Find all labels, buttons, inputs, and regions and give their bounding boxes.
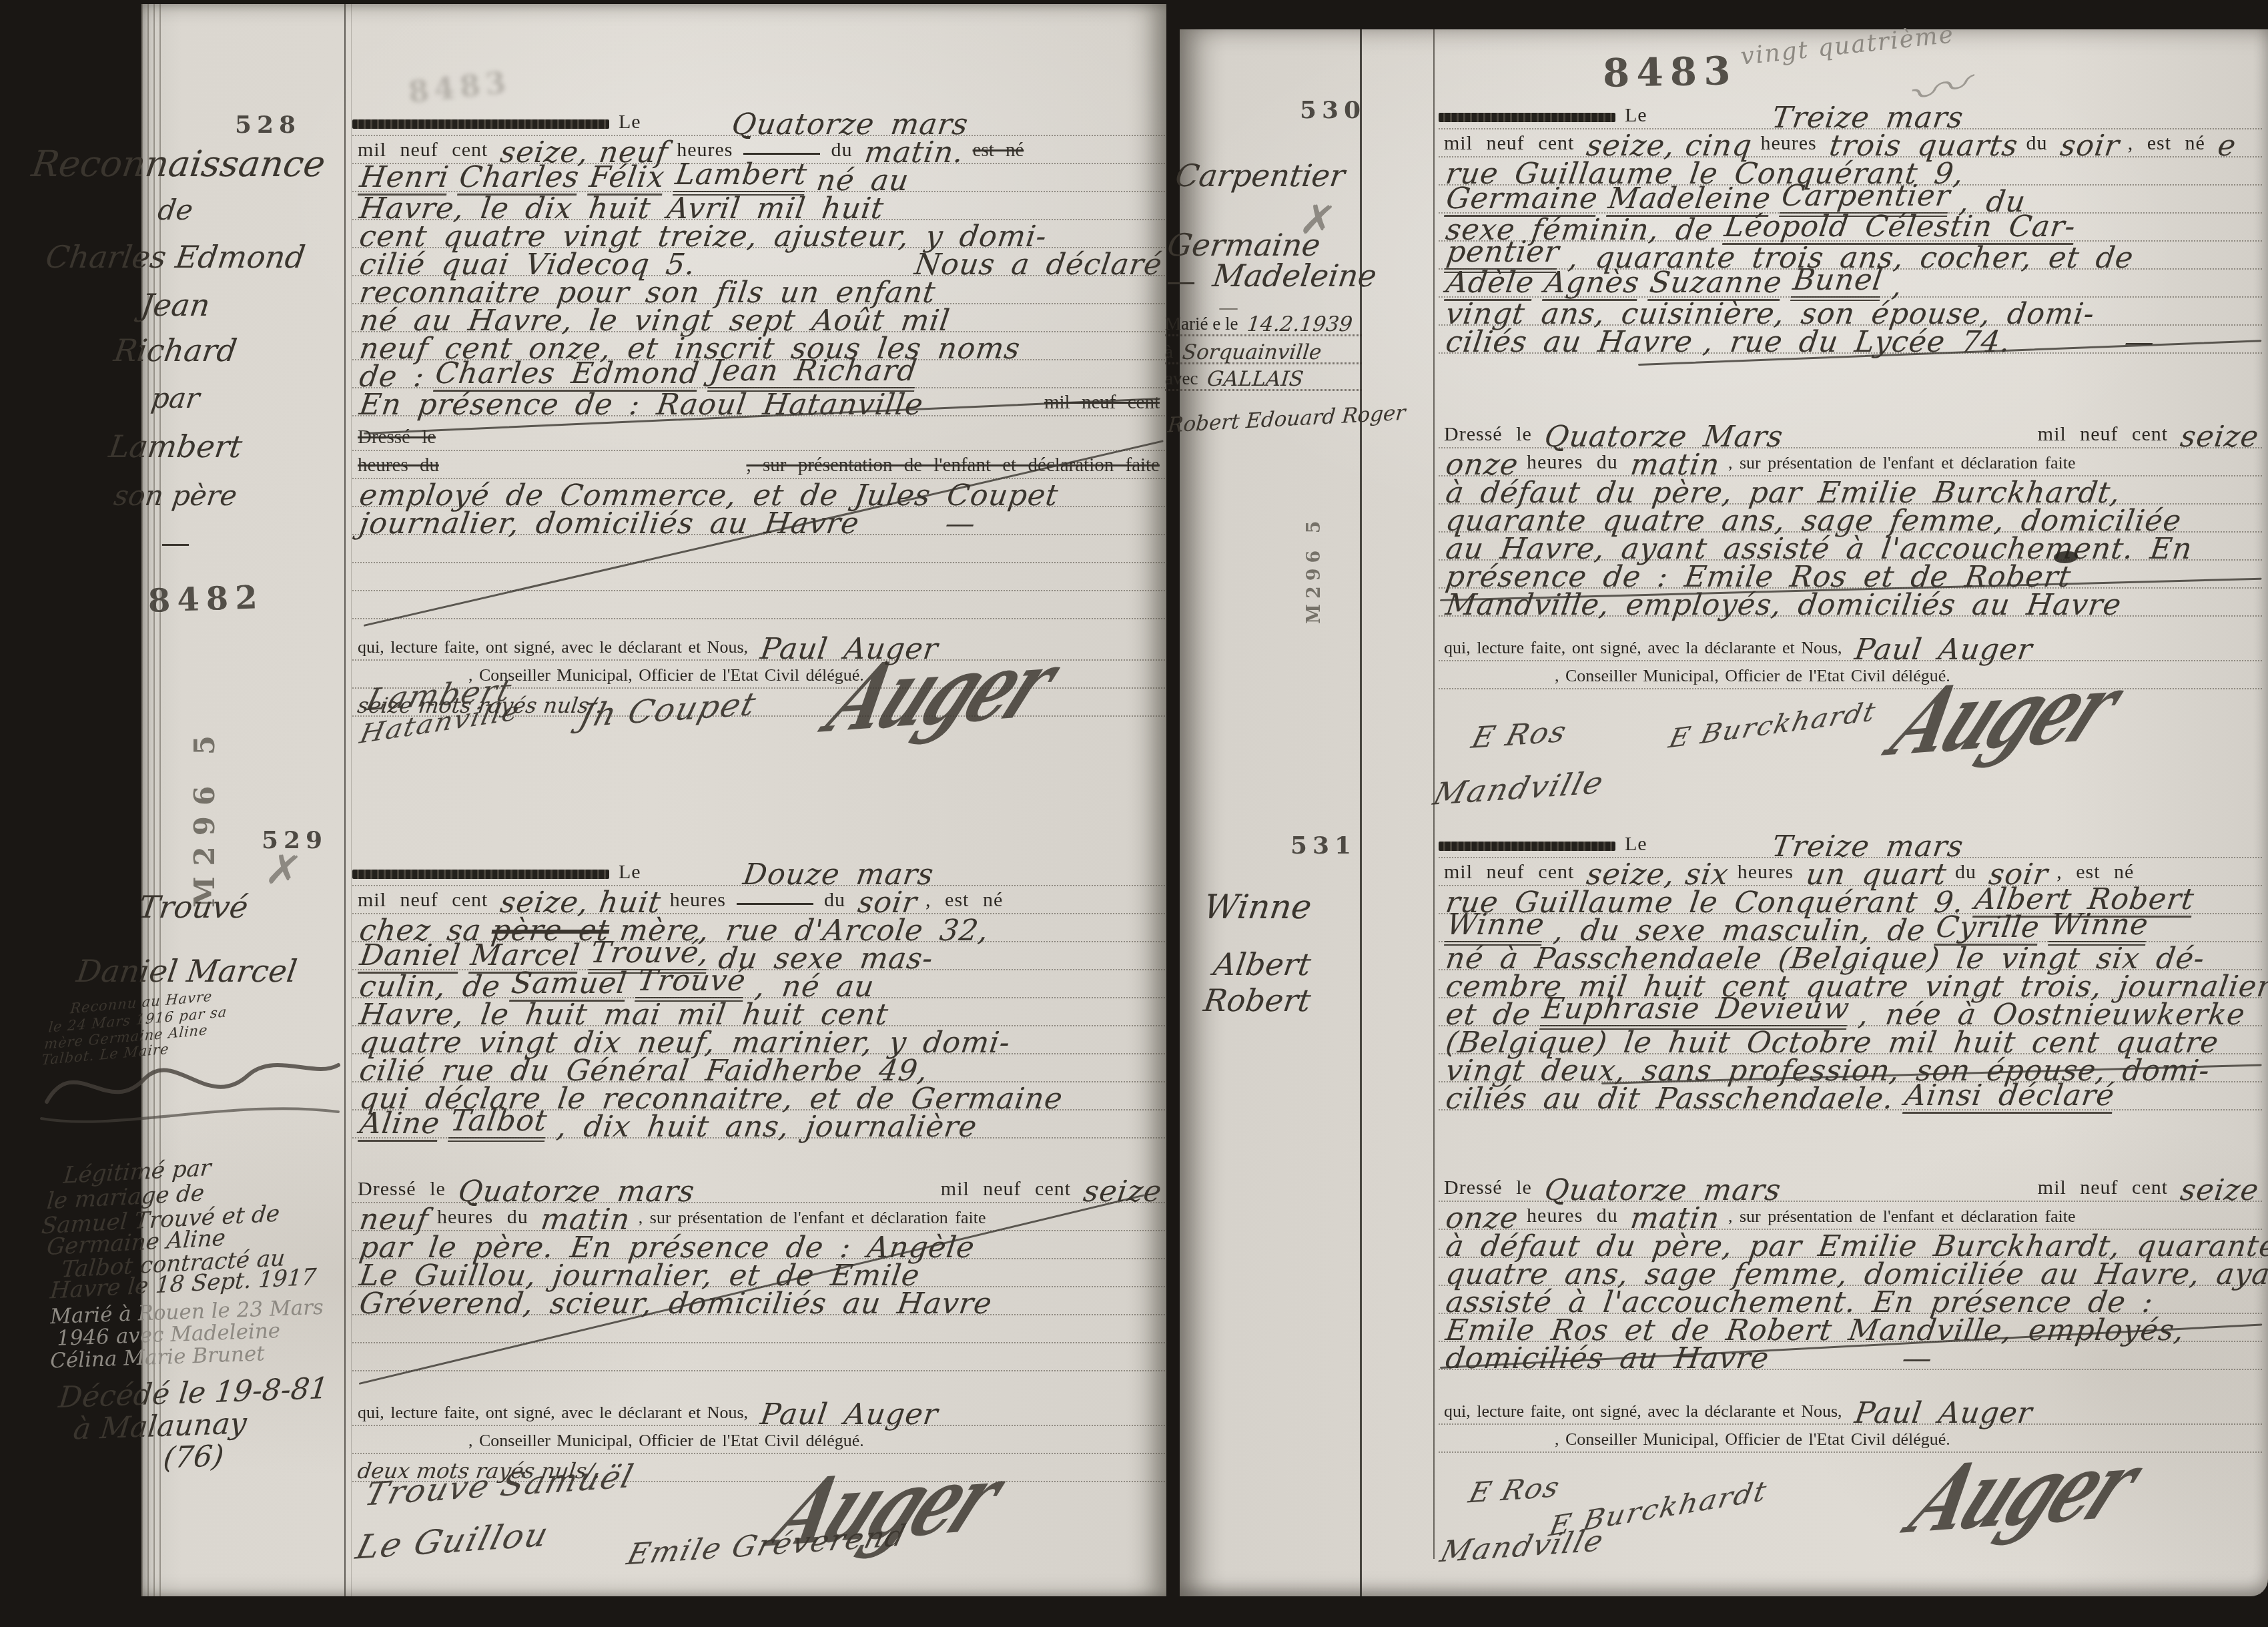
register-form-line: heures du, sur présentation de l'enfant … [352, 451, 1165, 479]
printed-text: , sur présentation de l'enfant et déclar… [639, 1208, 986, 1228]
handwriting-underlined: Bunel [1790, 266, 1885, 301]
printed-text: Le [1625, 833, 1647, 856]
handwriting: Mandville, employés, domiciliés au Havre [1444, 591, 2123, 620]
register-form-line: Emile Ros et de Robert Mandville, employ… [1439, 1314, 2262, 1342]
handwriting-underlined: Winne [1444, 910, 1547, 946]
form-start-bar [1439, 113, 1615, 122]
signature: E Ros [1465, 1470, 1564, 1509]
register-form-line: employé de Commerce, et de Jules Coupet [352, 479, 1165, 507]
printed-text: , est né [2128, 132, 2205, 155]
register-form-line: reconnaitre pour son fils un enfant [352, 276, 1165, 304]
handwriting-underlined: Félix [587, 163, 667, 196]
handwriting-underlined: Talbot [448, 1106, 549, 1142]
printed-text: du [824, 889, 845, 912]
register-form-line: au Havre, ayant assisté à l'accouchement… [1439, 533, 2262, 561]
register-form-line: et deEuphrasie Devieuw, née à Oostnieuwk… [1439, 998, 2262, 1026]
printed-text: du [1955, 861, 1976, 884]
margin-annotation: Carpentier [1173, 157, 1332, 194]
archive-code-stamp-left: M296 5 [188, 634, 221, 908]
printed-text: mil neuf cent [1444, 132, 1574, 155]
handwriting-underlined: Léopold Célestin Car- [1722, 212, 2078, 245]
margin-annotation: Madeleine [1210, 258, 1356, 294]
margin-annotation: Albert Robert [1161, 946, 1358, 1018]
margin-annotation: son père [30, 479, 322, 512]
handwriting-underlined: Daniel [358, 941, 462, 974]
printed-text: Marié e le [1165, 314, 1238, 334]
margin-annotation: avecGALLAIS [1165, 367, 1362, 391]
printed-text: heures du [437, 1206, 528, 1229]
register-form-line: Dressé leQuatorze marsmil neuf centseize [1439, 1174, 2262, 1202]
printed-text-struck: heures du [358, 454, 439, 476]
register-form-line: à défaut du père, par Emilie Burckhardt,… [1439, 1230, 2262, 1258]
printed-text: du [831, 139, 852, 161]
printed-text: Le [619, 861, 641, 884]
register-form-line: LeTreize mars [1439, 826, 2262, 858]
register-form-line: quatre vingt dix neuf, marinier, y domi- [352, 1026, 1165, 1054]
register-form-line: né au Havre, le vingt sept Août mil [352, 304, 1165, 332]
handwriting-underlined: Henri [358, 163, 451, 196]
printed-text-struck: , sur présentation de l'enfant et déclar… [746, 454, 1160, 476]
act-530-body: LeTreize marsmil neuf centseize,cinqheur… [1439, 97, 2262, 689]
register-form-line: présence de : Emile Ros et de Robert [1439, 561, 2262, 589]
handwriting: , dix huit ans, journalière [555, 1112, 979, 1142]
handwriting: Paul Auger [1853, 1399, 2034, 1428]
printed-text: Le [619, 111, 641, 133]
margin-annotation: Marié e le14.2.1939 [1165, 312, 1362, 336]
margin-annotation: — [32, 526, 319, 560]
handwriting: En présence de : Raoul Hatanville [358, 390, 925, 420]
register-form-line: onzeheures dumatin, sur présentation de … [1439, 448, 2262, 476]
signature: E Ros [1468, 715, 1571, 755]
handwriting-underlined: Agnès [1542, 268, 1641, 301]
register-form-line: Gréverend, scieur, domiciliés au Havre [352, 1287, 1165, 1315]
handwriting-underlined: Lambert [673, 160, 809, 196]
act-number-531: 531 [1290, 832, 1357, 860]
handwriting: e [2216, 131, 2238, 161]
handwriting: soir [2058, 131, 2121, 161]
handwriting: — [2123, 328, 2157, 357]
register-form-line: onzeheures dumatin, sur présentation de … [1439, 1202, 2262, 1230]
register-form-line: cilié rue du Général Faidherbe 49, [352, 1054, 1165, 1082]
printed-text: qui, lecture faite, ont signé, avec le d… [358, 637, 748, 657]
register-form-line: LeDouze mars [352, 854, 1165, 886]
printed-text: , Conseiller Municipal, Officier de l'Et… [1555, 1429, 1950, 1449]
printed-text-struck: est né [973, 139, 1024, 161]
act-529-body: LeDouze marsmil neuf centseize,huitheure… [352, 854, 1165, 1482]
scanned-register-spread: 8483 8482 8483 M296 5 M296 5 528 529 530… [0, 0, 2268, 1627]
act-531-body: LeTreize marsmil neuf centseize,sixheure… [1439, 826, 2262, 1453]
solid-fill [743, 153, 820, 155]
margin-annotation: àSorquainville [1165, 340, 1362, 364]
margin-annotation: Lambert [29, 428, 322, 464]
handwriting-underlined: Germaine [1444, 184, 1600, 217]
margin-annotation: — [1166, 264, 1196, 298]
form-start-bar [1439, 842, 1615, 851]
printed-text: Dressé le [1444, 423, 1532, 446]
form-start-bar [352, 870, 609, 879]
register-form-line: mil neuf centseize,cinqheurestrois quart… [1439, 129, 2262, 157]
register-form-line: qui, lecture faite, ont signé, avec la d… [1439, 1397, 2262, 1425]
printed-text: Dressé le [1444, 1177, 1532, 1199]
registry-number-stamp-left: 8482 [147, 579, 264, 620]
printed-text: heures [1760, 132, 1816, 155]
mayor-signature-flourish [35, 1038, 348, 1138]
register-form-line: (Belgique) le huit Octobre mil huit cent… [1439, 1026, 2262, 1054]
printed-text: , Conseiller Municipal, Officier de l'Et… [468, 665, 864, 685]
register-form-line: qui, lecture faite, ont signé, avec la d… [1439, 633, 2262, 661]
register-form-line [352, 563, 1165, 591]
handwriting-underlined: Samuel [509, 969, 629, 1002]
handwriting-underlined: Trouvé [635, 966, 748, 1002]
handwriting: — [1900, 1344, 1934, 1373]
form-start-bar [352, 119, 609, 129]
handwriting: Gréverend, scieur, domiciliés au Havre [358, 1289, 994, 1319]
register-form-line: vingt ans, cuisinière, son épouse, domi- [1439, 298, 2262, 326]
handwriting-underlined: Jean Richard [707, 356, 919, 392]
handwriting-underlined: Adèle [1444, 268, 1536, 301]
register-form-line: , Conseiller Municipal, Officier de l'Et… [1439, 661, 2262, 689]
register-form-line: à défaut du père, par Emilie Burckhardt, [1439, 476, 2262, 505]
register-form-line [352, 535, 1165, 563]
register-form-line: LeTreize mars [1439, 97, 2262, 129]
register-form-line: , Conseiller Municipal, Officier de l'Et… [352, 1426, 1165, 1454]
act-number-530: 530 [1300, 96, 1366, 124]
register-form-line: HenriCharlesFélixLambertné au [352, 164, 1165, 192]
handwriting-underlined: Suzanne [1647, 268, 1784, 301]
register-form-line: Dressé leQuatorze marsmil neuf centseize [352, 1175, 1165, 1203]
printed-text: heures du [1527, 451, 1618, 474]
registry-number-stamp-right: 8483 [1602, 48, 1738, 96]
left-margin-rule-shadow [351, 4, 352, 1596]
handwriting-underlined: Ainsi déclaré [1902, 1081, 2117, 1114]
printed-text: mil neuf cent [2038, 1177, 2168, 1199]
register-form-line: de :Charles EdmondJean Richard [352, 360, 1165, 388]
handwriting-underlined: Euphrasie Devieuw [1539, 994, 1852, 1030]
margin-annotation: Daniel Marcel [44, 953, 330, 989]
margin-annotation: Jean [29, 287, 322, 323]
register-form-line [352, 1315, 1165, 1343]
register-form-line: qui, lecture faite, ont signé, avec le d… [352, 1398, 1165, 1426]
printed-text: avec [1165, 368, 1198, 389]
handwriting-underlined: Aline [358, 1109, 442, 1142]
register-form-line: AlineTalbot, dix huit ans, journalière [352, 1110, 1165, 1138]
margin-annotation: par [30, 382, 322, 414]
margin-annotation: Winne [1182, 888, 1334, 926]
printed-text: Le [1625, 104, 1647, 127]
handwriting: Paul Auger [759, 1400, 940, 1429]
handwriting-underlined: Charles [457, 163, 581, 196]
margin-annotation: Reconnaissance [29, 143, 322, 185]
handwriting: GALLAIS [1206, 367, 1305, 391]
archive-code-stamp-right: M296 5 [1304, 474, 1325, 624]
register-form-line: Dressé leQuatorze Marsmil neuf centseize [1439, 420, 2262, 448]
register-form-line: Mandville, employés, domiciliés au Havre [1439, 589, 2262, 617]
handwriting: 14.2.1939 [1246, 312, 1355, 336]
register-form-line: assisté à l'accouchement. En présence de… [1439, 1286, 2262, 1314]
register-form-line: journalier, domiciliés au Havre— [352, 507, 1165, 535]
register-form-line: cilié quai Videcoq 5.Nous a déclaré [352, 248, 1165, 276]
handwriting: seize [1082, 1177, 1164, 1207]
margin-annotation: (76) [161, 1439, 226, 1475]
register-form-line: cent quatre vingt treize, ajusteur, y do… [352, 220, 1165, 248]
register-form-line [352, 1343, 1165, 1371]
register-form-line: neufheures dumatin, sur présentation de … [352, 1203, 1165, 1231]
handwriting: Paul Auger [1853, 635, 2034, 665]
printed-text: qui, lecture faite, ont signé, avec la d… [1444, 1401, 1842, 1421]
handwriting-underlined: Charles Edmond [433, 359, 701, 392]
printed-text: mil neuf cent [1444, 861, 1574, 884]
register-form-line: mil neuf centseize,huitheuresdusoir, est… [352, 886, 1165, 914]
printed-text: qui, lecture faite, ont signé, avec le d… [358, 1403, 748, 1423]
register-form-line: Havre, le dix huit Avril mil huit [352, 192, 1165, 220]
printed-text: mil neuf cent [358, 139, 488, 161]
register-form-line: culin, deSamuelTrouvé, né au [352, 970, 1165, 998]
act-528-body: LeQuatorze marsmil neuf centseize,neufhe… [352, 104, 1165, 717]
register-form-line [352, 591, 1165, 619]
handwriting: seize [2179, 422, 2261, 452]
printed-text: mil neuf cent [358, 889, 488, 912]
register-form-line: par le père. En présence de : Angèle [352, 1231, 1165, 1259]
register-form-line: Le Guillou, journalier, et de Emile [352, 1259, 1165, 1287]
printed-text: heures du [1527, 1205, 1618, 1227]
register-form-line: LeQuatorze mars [352, 104, 1165, 136]
act-number-528: 528 [235, 111, 301, 139]
register-form-line: DanielMarcelTrouvé,du sexe mas- [352, 942, 1165, 970]
register-form-line: sexe féminin, deLéopold Célestin Car- [1439, 214, 2262, 242]
printed-text: Dressé le [358, 1178, 446, 1201]
handwriting-underlined: Cyrille [1934, 913, 2042, 946]
register-form-line: AdèleAgnèsSuzanneBunel, [1439, 270, 2262, 298]
printed-text: du [2026, 132, 2048, 155]
printed-text: heures [670, 889, 726, 912]
printed-text: mil neuf cent [2038, 423, 2168, 446]
handwriting: seize [2179, 1176, 2261, 1205]
handwriting: — [943, 509, 978, 539]
register-form-line: Winne, du sexe masculin, deCyrilleWinne [1439, 914, 2262, 942]
printed-text: mil neuf cent [941, 1178, 1071, 1201]
margin-annotation: de [30, 194, 322, 226]
handwriting: journalier, domiciliés au Havre [358, 509, 861, 539]
register-form-line: né à Passchendaele (Belgique) le vingt s… [1439, 942, 2262, 970]
printed-text: heures [1738, 861, 1794, 884]
margin-annotation: Charles Edmond [29, 239, 322, 275]
solid-fill [737, 903, 813, 905]
handwriting: Nous a déclaré [913, 250, 1164, 280]
printed-text: , sur présentation de l'enfant et déclar… [1728, 1207, 2076, 1227]
printed-text: , Conseiller Municipal, Officier de l'Et… [1555, 666, 1950, 686]
register-form-line: quarante quatre ans, sage femme, domicil… [1439, 505, 2262, 533]
handwriting-underlined: Winne [2048, 910, 2151, 946]
register-form-line: ciliés au dit Passchendaele.Ainsi déclar… [1439, 1082, 2262, 1110]
printed-text: qui, lecture faite, ont signé, avec la d… [1444, 638, 1842, 658]
handwriting: ciliés au dit Passchendaele. [1444, 1084, 1896, 1114]
printed-text: , est né [925, 889, 1003, 912]
printed-text: , est né [2056, 861, 2134, 884]
margin-annotation: Trouvé [77, 889, 310, 925]
register-form-line: Havre, le huit mai mil huit cent [352, 998, 1165, 1026]
printed-text: à [1165, 342, 1173, 362]
left-margin-rule [344, 4, 346, 1596]
printed-text: , Conseiller Municipal, Officier de l'Et… [468, 1431, 864, 1451]
margin-annotation: Richard [29, 332, 322, 368]
handwriting: ciliés au Havre [1444, 328, 1695, 357]
printed-text: , sur présentation de l'enfant et déclar… [1728, 453, 2076, 473]
handwriting: Sorquainville [1181, 340, 1322, 364]
register-form-line: quatre ans, sage femme, domiciliée au Ha… [1439, 1258, 2262, 1286]
register-form-line: ciliés au Havre, rue du Lycée 74.— [1439, 326, 2262, 354]
